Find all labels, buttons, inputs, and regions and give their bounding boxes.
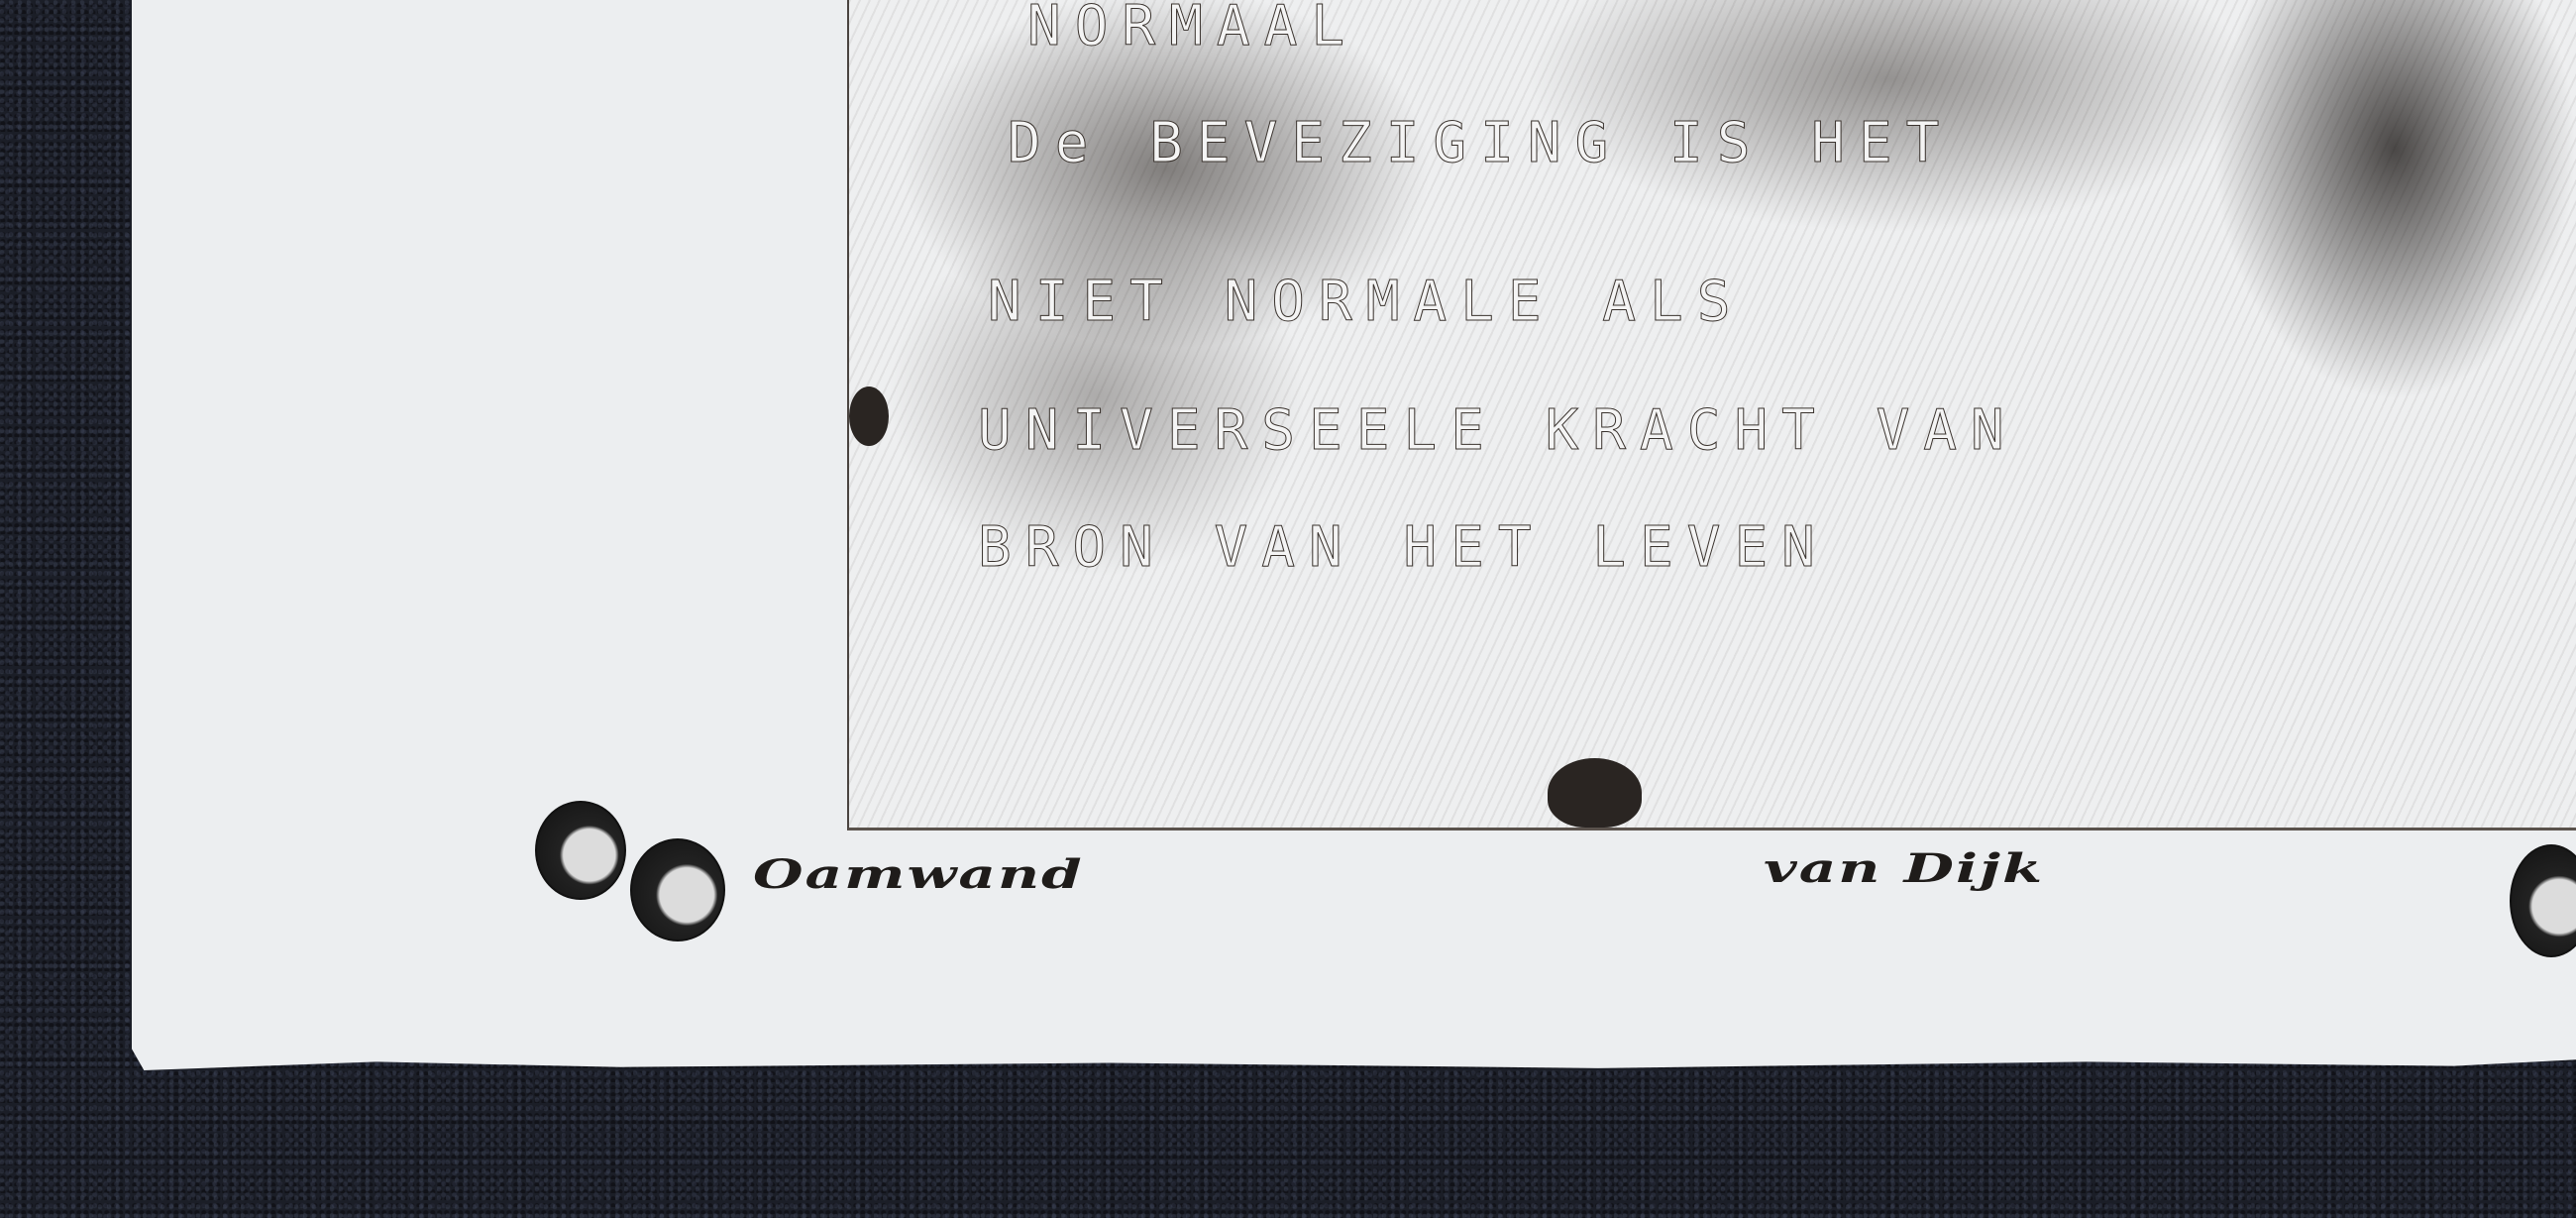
etched-text-line-3: NIET NORMALE ALS: [988, 270, 1744, 334]
ink-blot: [1548, 758, 1642, 828]
stamp-mark-2: [630, 838, 725, 941]
etched-text-line-1: NORMAAL: [1027, 0, 1358, 58]
etched-text-line-2: De BEVEZIGING IS HET: [1008, 111, 1953, 175]
etching-plate: NORMAAL De BEVEZIGING IS HET NIET NORMAL…: [847, 0, 2576, 830]
artist-signature-right: van Dijk: [1764, 844, 2044, 892]
etched-text-line-5: BRON VAN HET LEVEN: [978, 515, 1829, 580]
artist-signature-left: Oamwand: [753, 850, 1084, 898]
stamp-mark-1: [535, 801, 626, 900]
ink-blot-edge: [849, 387, 889, 446]
etched-text-line-4: UNIVERSEELE KRACHT VAN: [978, 398, 2018, 463]
